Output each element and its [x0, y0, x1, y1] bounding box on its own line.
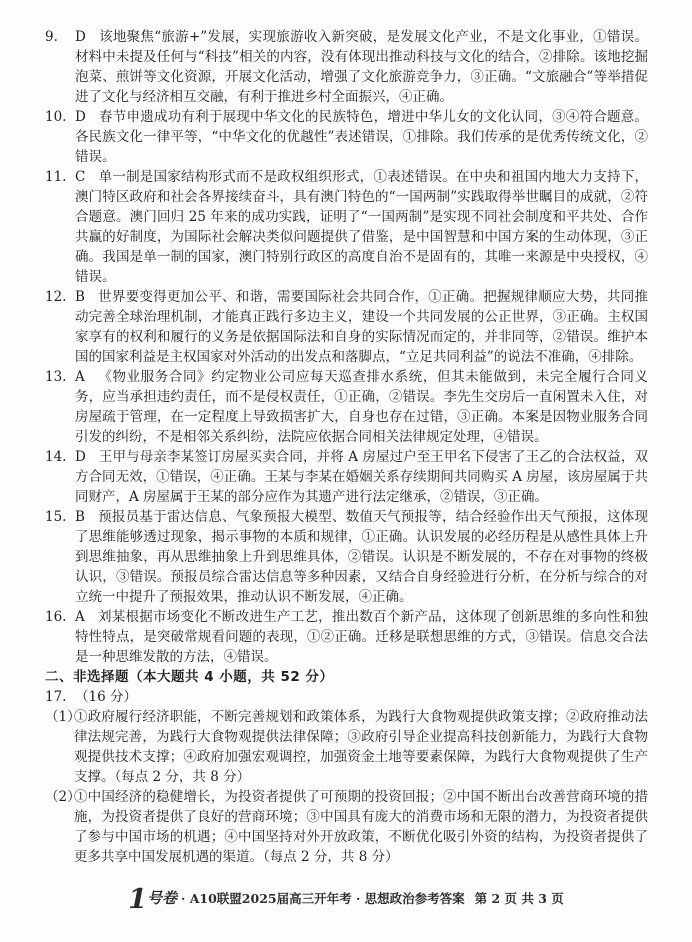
question-15: 15. B预报员基于雷达信息、气象预报大模型、数值天气预报等，结合经验作出天气预… [45, 507, 648, 607]
question-number: 11. [45, 167, 75, 287]
question-explanation: 单一制是国家结构形式而不是政权组织形式，①表述错误。在中央和祖国内地大力支持下，… [75, 169, 648, 285]
question-explanation: 世界要变得更加公平、和谐，需要国际社会共同合作，①正确。把握规律顺应大势，共同推… [75, 289, 648, 365]
question-number: 16. [45, 607, 75, 667]
question-body: D王甲与母亲李某签订房屋买卖合同，并将 A 房屋过户至王甲名下侵害了王乙的合法权… [75, 447, 648, 507]
question-17-part-2: （2） ①中国经济的稳健增长，为投资者提供了可预期的投资回报；②中国不断出台改善… [45, 787, 648, 867]
section-2-heading: 二、非选择题（本大题共 4 小题，共 52 分） [45, 667, 648, 687]
question-body: A《物业服务合同》约定物业公司应每天巡查排水系统，但其未能做到，未完全履行合同义… [75, 367, 648, 447]
question-number: 12. [45, 287, 75, 367]
question-12: 12. B世界要变得更加公平、和谐，需要国际社会共同合作，①正确。把握规律顺应大… [45, 287, 648, 367]
part-label: （1） [45, 707, 74, 787]
answer-letter: A [75, 607, 85, 627]
question-number: 17. [45, 687, 75, 707]
part-answer-text: ①中国经济的稳健增长，为投资者提供了可预期的投资回报；②中国不断出台改善营商环境… [74, 787, 648, 867]
question-13: 13. A《物业服务合同》约定物业公司应每天巡查排水系统，但其未能做到，未完全履… [45, 367, 648, 447]
exam-brand-logo-numeral: 1 [128, 884, 146, 915]
question-9: 9. D该地聚焦“旅游+”发展，实现旅游收入新突破，是发展文化产业，不是文化事业… [45, 27, 648, 107]
answer-key-page: 9. D该地聚焦“旅游+”发展，实现旅游收入新突破，是发展文化产业，不是文化事业… [0, 0, 692, 942]
question-explanation: 春节申遗成功有利于展现中华文化的民族特色，增进中华儿女的文化认同，③④符合题意。… [75, 109, 648, 165]
question-explanation: 《物业服务合同》约定物业公司应每天巡查排水系统，但其未能做到，未完全履行合同义务… [75, 369, 648, 445]
question-number: 13. [45, 367, 75, 447]
question-10: 10. D春节申遗成功有利于展现中华文化的民族特色，增进中华儿女的文化认同，③④… [45, 107, 648, 167]
answer-letter: D [75, 27, 86, 47]
question-score: （16 分） [75, 687, 137, 707]
question-body: C单一制是国家结构形式而不是政权组织形式，①表述错误。在中央和祖国内地大力支持下… [75, 167, 648, 287]
question-17-part-1: （1） ①政府履行经济职能，不断完善规划和政策体系，为践行大食物观提供政策支撑；… [45, 707, 648, 787]
question-17-header: 17. （16 分） [45, 687, 648, 707]
part-answer-text: ①政府履行经济职能，不断完善规划和政策体系，为践行大食物观提供政策支撑；②政府推… [74, 707, 648, 787]
question-number: 14. [45, 447, 75, 507]
question-body: A刘某根据市场变化不断改进生产工艺，推出数百个新产品，这体现了创新思维的多向性和… [75, 607, 648, 667]
answer-letter: C [75, 167, 85, 187]
question-number: 10. [45, 107, 75, 167]
question-body: B世界要变得更加公平、和谐，需要国际社会共同合作，①正确。把握规律顺应大势，共同… [75, 287, 648, 367]
part-label: （2） [45, 787, 74, 867]
question-body: D该地聚焦“旅游+”发展，实现旅游收入新突破，是发展文化产业，不是文化事业，①错… [75, 27, 648, 107]
answer-letter: B [75, 287, 85, 307]
exam-brand-logo-text: 号卷 [147, 889, 177, 907]
answer-letter: D [75, 447, 86, 467]
question-explanation: 王甲与母亲李某签订房屋买卖合同，并将 A 房屋过户至王甲名下侵害了王乙的合法权益… [75, 449, 648, 505]
answer-letter: B [75, 507, 85, 527]
page-footer: 1号卷· A10联盟2025届高三开年考 · 思想政治参考答案第 2 页 共 3… [0, 888, 692, 910]
footer-exam-title: · A10联盟2025届高三开年考 · 思想政治参考答案 [181, 891, 465, 906]
question-body: D春节申遗成功有利于展现中华文化的民族特色，增进中华儿女的文化认同，③④符合题意… [75, 107, 648, 167]
question-number: 9. [45, 27, 75, 107]
question-explanation: 预报员基于雷达信息、气象预报大模型、数值天气预报等，结合经验作出天气预报，这体现… [75, 509, 648, 605]
footer-page-number: 第 2 页 共 3 页 [475, 891, 564, 906]
question-11: 11. C单一制是国家结构形式而不是政权组织形式，①表述错误。在中央和祖国内地大… [45, 167, 648, 287]
question-number: 15. [45, 507, 75, 607]
answer-letter: A [75, 367, 85, 387]
question-explanation: 刘某根据市场变化不断改进生产工艺，推出数百个新产品，这体现了创新思维的多向性和独… [75, 609, 648, 665]
question-explanation: 该地聚焦“旅游+”发展，实现旅游收入新突破，是发展文化产业，不是文化事业，①错误… [75, 29, 648, 105]
question-body: B预报员基于雷达信息、气象预报大模型、数值天气预报等，结合经验作出天气预报，这体… [75, 507, 648, 607]
question-16: 16. A刘某根据市场变化不断改进生产工艺，推出数百个新产品，这体现了创新思维的… [45, 607, 648, 667]
question-14: 14. D王甲与母亲李某签订房屋买卖合同，并将 A 房屋过户至王甲名下侵害了王乙… [45, 447, 648, 507]
answer-letter: D [75, 107, 86, 127]
